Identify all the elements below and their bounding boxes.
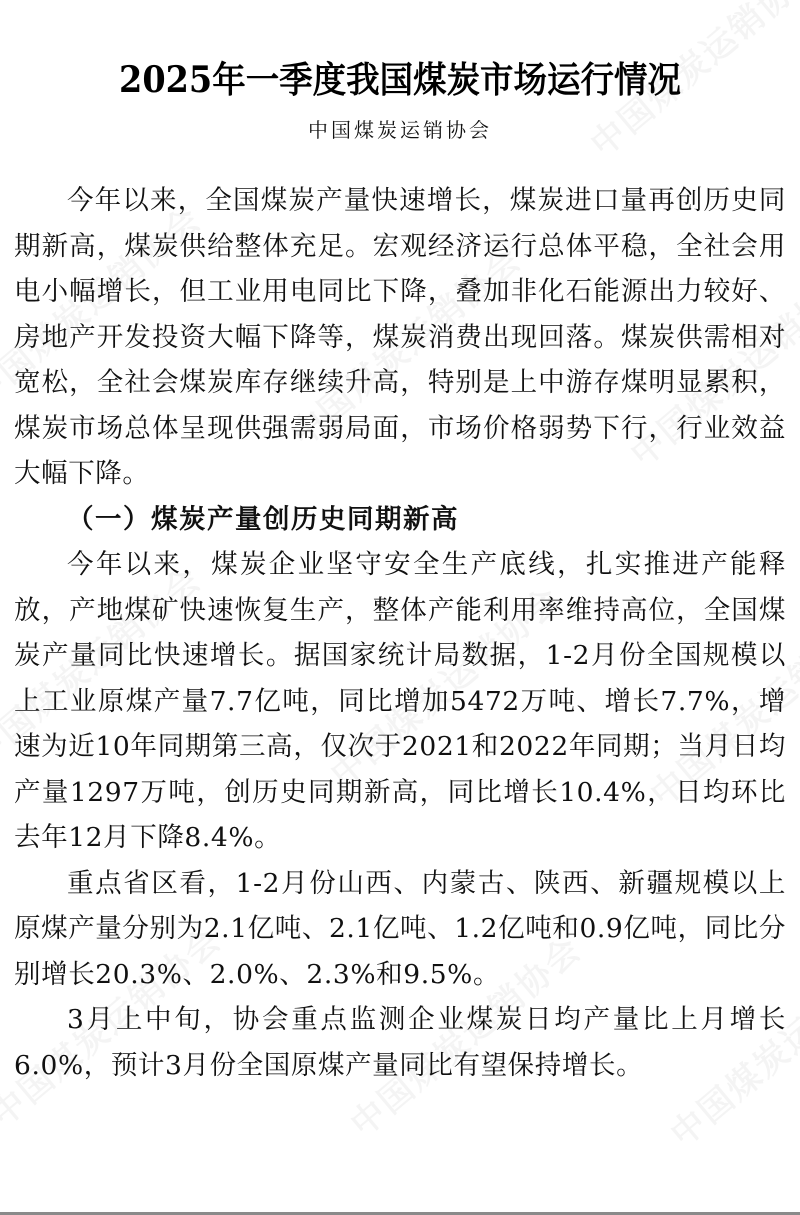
intro-paragraph: 今年以来，全国煤炭产量快速增长，煤炭进口量再创历史同期新高，煤炭供给整体充足。宏…	[14, 178, 786, 497]
document-title: 2025年一季度我国煤炭市场运行情况	[28, 52, 772, 103]
march-forecast-paragraph: 3月上中旬，协会重点监测企业煤炭日均产量比上月增长6.0%，预计3月份全国原煤产…	[14, 997, 786, 1088]
provinces-paragraph: 重点省区看，1-2月份山西、内蒙古、陕西、新疆规模以上原煤产量分别为2.1亿吨、…	[14, 861, 786, 998]
document-author: 中国煤炭运销协会	[0, 114, 800, 143]
production-paragraph: 今年以来，煤炭企业坚守安全生产底线，扎实推进产能释放，产地煤矿快速恢复生产，整体…	[14, 542, 786, 861]
section-heading: （一）煤炭产量创历史同期新高	[14, 497, 786, 543]
document-body: 今年以来，全国煤炭产量快速增长，煤炭进口量再创历史同期新高，煤炭供给整体充足。宏…	[14, 178, 786, 1088]
